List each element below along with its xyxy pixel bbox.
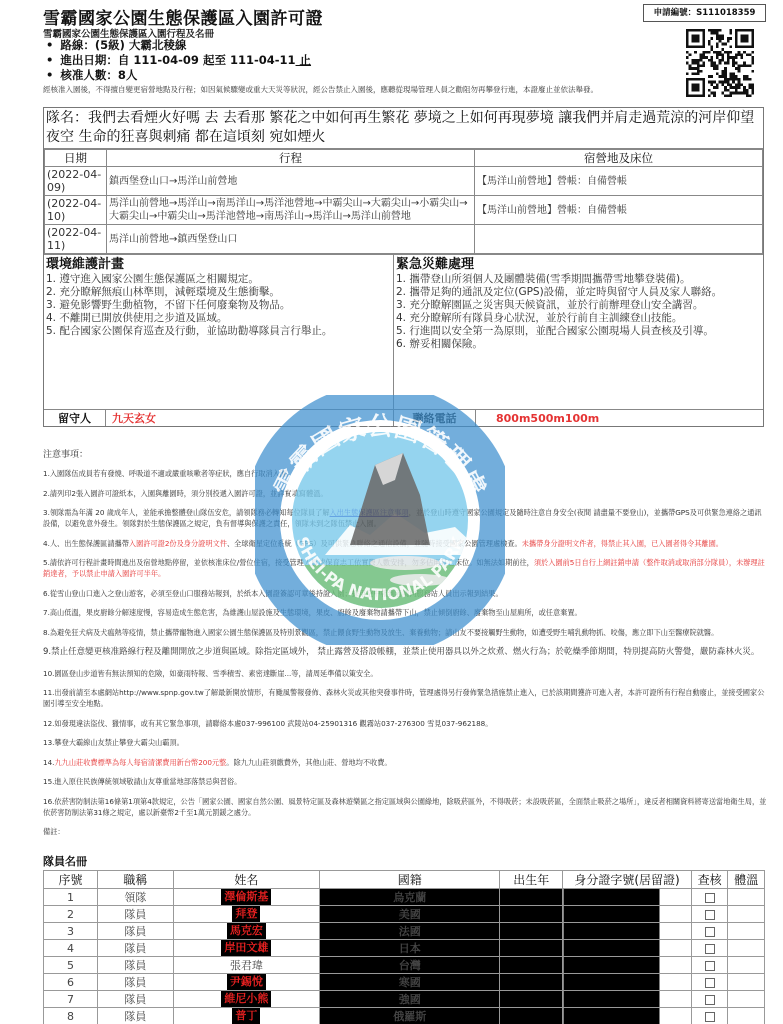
member-name: 拜登	[232, 906, 260, 922]
roster-birth-year-redacted	[500, 1008, 563, 1024]
itinerary-camp: 【馬洋山前營地】營帳：自備營帳	[475, 167, 763, 196]
date-from: 111-04-09	[133, 53, 199, 67]
roster-header: 姓名	[173, 871, 319, 889]
roster-nationality: 強國	[319, 991, 499, 1008]
itinerary-header: 行程	[107, 150, 475, 167]
roster-name: 張君瑋	[173, 957, 319, 974]
member-name: 澤倫斯基	[221, 889, 271, 905]
check-checkbox[interactable]	[705, 944, 715, 954]
roster-header: 出生年	[500, 871, 563, 889]
roster-table: 序號職稱姓名國籍出生年身分證字號(居留證)查核體溫 1領隊澤倫斯基烏克蘭2隊員拜…	[43, 870, 765, 1024]
roster-nationality: 台灣	[319, 957, 499, 974]
environment-plan-item: 1. 遵守進入國家公園生態保護區之相關規定。	[46, 273, 391, 286]
emergency-plan-title: 緊急災難處理	[396, 257, 761, 273]
roster-id-redacted	[563, 974, 692, 991]
itinerary-header: 宿營地及床位	[475, 150, 763, 167]
note-text: 九九山莊收費標準為每人每宿清潔費用新台幣200元整	[54, 758, 226, 767]
roster-temperature[interactable]	[728, 974, 765, 991]
roster-id-redacted	[563, 991, 692, 1008]
note-item: 5.請依許可行程計畫時間進出及宿營地點停留，並依核准床位/營位住宿，接受管理人員…	[43, 557, 768, 579]
roster-check	[691, 1008, 728, 1024]
roster-role: 領隊	[97, 889, 173, 906]
application-number-value: S111018359	[696, 8, 755, 18]
date-to: 111-04-11	[230, 53, 296, 67]
note-text: 6.從雪山登山口進入之登山遊客，必須至登山口服務站報到，於紙本入園證簽認可章後持…	[43, 589, 503, 598]
roster-name: 拜登	[173, 906, 319, 923]
roster-birth-year-redacted	[500, 889, 563, 906]
note-text: 1.入園隊伍成員若有發燒、呼吸道不適或嚴重咳嗽者等症狀，應自行取消入園。	[43, 469, 294, 478]
roster-id-redacted	[563, 940, 692, 957]
roster-birth-year-redacted	[500, 923, 563, 940]
roster-name: 尹錫悅	[173, 974, 319, 991]
roster-role: 隊員	[97, 906, 173, 923]
roster-role: 隊員	[97, 940, 173, 957]
roster-name: 岸田文雄	[173, 940, 319, 957]
phone-value: 800m500m100m	[476, 410, 763, 426]
roster-temperature[interactable]	[728, 991, 765, 1008]
roster-temperature[interactable]	[728, 923, 765, 940]
roster-no: 2	[44, 906, 98, 923]
note-item: 11.出發前請至本處網站http://www.spnp.gov.tw了解最新開放…	[43, 687, 768, 709]
note-item: 14.九九山莊收費標準為每人每宿清潔費用新台幣200元整。除九九山莊須繳費外，其…	[43, 757, 768, 768]
note-text: 未攜帶身分證明文件者，得禁止其入園，已入園者得令其離園。	[522, 539, 723, 548]
check-checkbox[interactable]	[705, 995, 715, 1005]
emergency-plan-item: 3. 充分瞭解園區之災害與天候資訊，並於行前辦理登山安全講習。	[396, 299, 761, 312]
check-checkbox[interactable]	[705, 910, 715, 920]
roster-temperature[interactable]	[728, 906, 765, 923]
roster-role: 隊員	[97, 923, 173, 940]
note-item: 2.請列印2張入園許可證紙本，入園與離園時，須分別投遞入園許可證，並詳實填寫體溫…	[43, 488, 768, 499]
roster-birth-year-redacted	[500, 906, 563, 923]
roster-no: 1	[44, 889, 98, 906]
notes-section: 注意事項： 1.入園隊伍成員若有發燒、呼吸道不適或嚴重咳嗽者等症狀，應自行取消入…	[43, 450, 768, 846]
contact-row: 留守人 九天玄女 聯絡電話 800m500m100m	[44, 409, 763, 426]
roster-role: 隊員	[97, 957, 173, 974]
roster-nationality: 寒國	[319, 974, 499, 991]
note-item: 12.如發現違法盜伐、獵情事，或有其它緊急事項，請聯絡本處037-996100 …	[43, 718, 768, 729]
note-text: 12.如發現違法盜伐、獵情事，或有其它緊急事項，請聯絡本處037-996100 …	[43, 719, 492, 728]
check-checkbox[interactable]	[705, 961, 715, 971]
roster-temperature[interactable]	[728, 889, 765, 906]
member-name: 維尼小熊	[221, 991, 271, 1007]
itinerary-camp: 【馬洋山前營地】營帳：自備營帳	[475, 196, 763, 225]
roster-temperature[interactable]	[728, 940, 765, 957]
note-item: 15.進入原住民族傳統領域敬請山友尊重當地部落禁忌與習俗。	[43, 776, 768, 787]
itinerary-row: (2022-04-11)馬洋山前營地→鎮西堡登山口	[45, 225, 763, 254]
roster-header: 體溫	[728, 871, 765, 889]
itinerary-table: 日期行程宿營地及床位 (2022-04-09)鎮西堡登山口→馬洋山前營地【馬洋山…	[44, 149, 763, 254]
roster-row: 8隊員普丁俄羅斯	[44, 1008, 765, 1024]
note-text: 16.依菸害防制法第16條第1項第4款規定，公告「國家公園、國家自然公園、風景特…	[43, 797, 766, 817]
itinerary-row: (2022-04-09)鎮西堡登山口→馬洋山前營地【馬洋山前營地】營帳：自備營帳	[45, 167, 763, 196]
note-text: 13.攀登大霸線山友禁止攀登大霸尖山霸頂。	[43, 738, 184, 747]
itinerary-route: 馬洋山前營地→馬洋山→南馬洋山→馬洋池營地→中霸尖山→大霸尖山→小霸尖山→大霸尖…	[107, 196, 475, 225]
note-text: 2.請列印2張入園許可證紙本，入園與離園時，須分別投遞入園許可證，並詳實填寫體溫…	[43, 489, 328, 498]
note-text: 。除九九山莊須繳費外，其他山莊、營地均不收費。	[226, 758, 391, 767]
roster-temperature[interactable]	[728, 1008, 765, 1024]
note-text: 10.園區登山步道皆有無法預知的危險，如豪雨特報、雪季積雪、素密達斷崖...等，…	[43, 669, 378, 678]
roster-role: 隊員	[97, 974, 173, 991]
roster-id-redacted	[563, 906, 692, 923]
roster-check	[691, 889, 728, 906]
itinerary-header: 日期	[45, 150, 107, 167]
roster-row: 2隊員拜登美國	[44, 906, 765, 923]
environment-plan-title: 環境維護計畫	[46, 257, 391, 273]
route-line: 路線：(5級) 大霸北稜線	[46, 38, 311, 53]
note-item: 8.為避免狂犬病及犬瘟熱等疫情，禁止攜帶寵物進入國家公園生態保護區及特別景觀區，…	[43, 627, 768, 638]
notes-link[interactable]: 入出生態保護區注意事項	[330, 508, 409, 517]
note-text: 11.出發前請至本處網站http://www.spnp.gov.tw了解最新開放…	[43, 688, 764, 708]
phone-label: 聯絡電話	[394, 410, 476, 426]
team-name: 隊名：我們去看煙火好嗎 去 去看那 繁花之中如何再生繁花 夢境之上如何再現夢境 …	[44, 108, 763, 149]
roster-birth-year-redacted	[500, 991, 563, 1008]
headcount-value: 8人	[118, 68, 138, 82]
entry-notice: 經核准入園後，不得擅自變更宿營地點及行程；如因氣候驟變或重大天災等狀況，經公告禁…	[43, 84, 673, 95]
emergency-plan-item: 2. 攜帶足夠的通訊及定位(GPS)設備，並定時與留守人員及家人聯絡。	[396, 286, 761, 299]
roster-birth-year-redacted	[500, 957, 563, 974]
note-text: 4.人、出生態保護區請攜帶	[43, 539, 129, 548]
note-item: 4.人、出生態保護區請攜帶入園許可證2份及身分證明文件、全球衛星定位系統（GPS…	[43, 538, 768, 549]
note-text: 8.為避免狂犬病及犬瘟熱等疫情，禁止攜帶寵物進入國家公園生態保護區及特別景觀區，…	[43, 628, 718, 637]
itinerary-box: 隊名：我們去看煙火好嗎 去 去看那 繁花之中如何再生繁花 夢境之上如何再現夢境 …	[43, 107, 764, 427]
roster-check	[691, 957, 728, 974]
note-text: 入園許可證2份及身分證明文件	[129, 539, 227, 548]
note-item: 3.領隊需為年滿 20 歲成年人，並能承擔整體登山隊伍安危，請領隊務必轉知每位隊…	[43, 507, 768, 529]
roster-id-redacted	[563, 1008, 692, 1024]
roster-row: 1領隊澤倫斯基烏克蘭	[44, 889, 765, 906]
member-name: 岸田文雄	[221, 940, 271, 956]
note-text: 備註：	[43, 827, 65, 836]
member-name: 馬克宏	[227, 923, 266, 939]
note-item: 9.禁止任意變更核准路線行程及離開開放之步道與區域。除指定區域外， 禁止露營及搭…	[43, 646, 768, 659]
roster-row: 3隊員馬克宏法國	[44, 923, 765, 940]
check-checkbox[interactable]	[705, 893, 715, 903]
itinerary-row: (2022-04-10)馬洋山前營地→馬洋山→南馬洋山→馬洋池營地→中霸尖山→大…	[45, 196, 763, 225]
roster-birth-year-redacted	[500, 974, 563, 991]
roster-header: 職稱	[97, 871, 173, 889]
roster-nationality: 日本	[319, 940, 499, 957]
notes-heading: 注意事項：	[43, 450, 768, 461]
environment-plan-item: 4. 不離開已開放供使用之步道及區域。	[46, 312, 391, 325]
note-item: 6.從雪山登山口進入之登山遊客，必須至登山口服務站報到，於紙本入園證簽認可章後持…	[43, 588, 768, 599]
roster-temperature[interactable]	[728, 957, 765, 974]
roster-header: 序號	[44, 871, 98, 889]
roster-name: 普丁	[173, 1008, 319, 1024]
roster-no: 5	[44, 957, 98, 974]
note-text: 14.	[43, 758, 54, 767]
environment-plan-item: 2. 充分瞭解無痕山林準則，減輕環境及生態衝擊。	[46, 286, 391, 299]
roster-nationality: 俄羅斯	[319, 1008, 499, 1024]
roster-id-redacted	[563, 957, 692, 974]
check-checkbox[interactable]	[705, 927, 715, 937]
note-text: 7.高山低溫，果皮廚餘分解速度慢，容易造成生態危害，為維護山屋設施及生態環境，果…	[43, 608, 582, 617]
roster-id-redacted	[563, 923, 692, 940]
roster-nationality: 烏克蘭	[319, 889, 499, 906]
standby-value: 九天玄女	[106, 410, 394, 426]
roster-row: 7隊員維尼小熊強國	[44, 991, 765, 1008]
roster-check	[691, 906, 728, 923]
environment-plan: 環境維護計畫 1. 遵守進入國家公園生態保護區之相關規定。2. 充分瞭解無痕山林…	[44, 255, 394, 409]
roster-check	[691, 991, 728, 1008]
check-checkbox[interactable]	[705, 978, 715, 988]
note-text: 3.領隊需為年滿 20 歲成年人，並能承擔整體登山隊伍安危，請領隊務必轉知每位隊…	[43, 508, 330, 517]
check-checkbox[interactable]	[705, 1012, 715, 1022]
roster-birth-year-redacted	[500, 940, 563, 957]
roster-no: 4	[44, 940, 98, 957]
note-text: 15.進入原住民族傳統領域敬請山友尊重當地部落禁忌與習俗。	[43, 777, 241, 786]
qr-code-icon	[676, 29, 764, 97]
route-value: (5級) 大霸北稜線	[95, 38, 187, 52]
roster-check	[691, 923, 728, 940]
roster-check	[691, 940, 728, 957]
itinerary-date: (2022-04-10)	[45, 196, 107, 225]
roster-no: 6	[44, 974, 98, 991]
itinerary-route: 馬洋山前營地→鎮西堡登山口	[107, 225, 475, 254]
roster-name: 澤倫斯基	[173, 889, 319, 906]
headcount-line: 核准人數：8人	[46, 68, 311, 83]
roster-role: 隊員	[97, 1008, 173, 1024]
roster-no: 8	[44, 1008, 98, 1024]
note-item: 10.園區登山步道皆有無法預知的危險，如豪雨特報、雪季積雪、素密達斷崖...等，…	[43, 668, 768, 679]
note-item: 備註：	[43, 826, 768, 837]
roster-nationality: 法國	[319, 923, 499, 940]
dates-line: 進出日期：自 111-04-09 起至 111-04-11 止	[46, 53, 311, 68]
roster-row: 5隊員張君瑋台灣	[44, 957, 765, 974]
itinerary-route: 鎮西堡登山口→馬洋山前營地	[107, 167, 475, 196]
itinerary-camp	[475, 225, 763, 254]
environment-plan-item: 5. 配合國家公園保育巡查及行動，並協助勸導隊員言行舉止。	[46, 325, 391, 338]
application-number: 申請編號：S111018359	[643, 4, 766, 22]
note-item: 7.高山低溫，果皮廚餘分解速度慢，容易造成生態危害，為維護山屋設施及生態環境，果…	[43, 607, 768, 618]
roster-no: 7	[44, 991, 98, 1008]
member-name: 普丁	[232, 1008, 260, 1024]
roster-check	[691, 974, 728, 991]
roster-no: 3	[44, 923, 98, 940]
member-name: 尹錫悅	[227, 974, 266, 990]
emergency-plan-item: 4. 充分瞭解所有隊員身心狀況，並於行前自主訓練登山技能。	[396, 312, 761, 325]
application-number-label: 申請編號：	[654, 8, 697, 18]
standby-label: 留守人	[44, 410, 106, 426]
roster-nationality: 美國	[319, 906, 499, 923]
roster-name: 維尼小熊	[173, 991, 319, 1008]
roster-header: 身分證字號(居留證)	[563, 871, 692, 889]
emergency-plan: 緊急災難處理 1. 攜帶登山所須個人及團體裝備(雪季期間攜帶雪地攀登裝備)。2.…	[394, 255, 763, 409]
permit-page: 雪霸國家公園生態保護區入園許可證 雪霸國家公園生態保護區入園行程及名冊 申請編號…	[0, 0, 783, 1024]
itinerary-date: (2022-04-11)	[45, 225, 107, 254]
roster-title: 隊員名冊	[43, 853, 87, 869]
roster-row: 4隊員岸田文雄日本	[44, 940, 765, 957]
note-item: 16.依菸害防制法第16條第1項第4款規定，公告「國家公園、國家自然公園、風景特…	[43, 796, 768, 818]
emergency-plan-item: 6. 辦妥相關保險。	[396, 338, 761, 351]
roster-role: 隊員	[97, 991, 173, 1008]
note-text: 9.禁止任意變更核准路線行程及離開開放之步道與區域。除指定區域外， 禁止露營及搭…	[43, 647, 759, 657]
roster-header: 查核	[691, 871, 728, 889]
roster-row: 6隊員尹錫悅寒國	[44, 974, 765, 991]
roster-id-redacted	[563, 889, 692, 906]
note-item: 13.攀登大霸線山友禁止攀登大霸尖山霸頂。	[43, 737, 768, 748]
environment-plan-item: 3. 避免影響野生動植物，不留下任何廢棄物及物品。	[46, 299, 391, 312]
note-text: 、全球衛星定位系統（GPS）及可供緊急聯絡之通信設備，並隨時接受國家公園管理處檢…	[227, 539, 522, 548]
roster-name: 馬克宏	[173, 923, 319, 940]
member-name: 張君瑋	[230, 959, 263, 972]
plans-section: 環境維護計畫 1. 遵守進入國家公園生態保護區之相關規定。2. 充分瞭解無痕山林…	[44, 254, 763, 409]
team-name-value: 我們去看煙火好嗎 去 去看那 繁花之中如何再生繁花 夢境之上如何再現夢境 讓我們…	[46, 110, 754, 145]
permit-summary: 路線：(5級) 大霸北稜線 進出日期：自 111-04-09 起至 111-04…	[46, 38, 311, 83]
emergency-plan-item: 1. 攜帶登山所須個人及團體裝備(雪季期間攜帶雪地攀登裝備)。	[396, 273, 761, 286]
emergency-plan-item: 5. 行進間以安全第一為原則，並配合國家公園現場人員查核及引導。	[396, 325, 761, 338]
roster-header: 國籍	[319, 871, 499, 889]
note-text: 5.請依許可行程計畫時間進出及宿營地點停留，並依核准床位/營位住宿，接受管理人員…	[43, 558, 534, 567]
itinerary-date: (2022-04-09)	[45, 167, 107, 196]
note-item: 1.入園隊伍成員若有發燒、呼吸道不適或嚴重咳嗽者等症狀，應自行取消入園。	[43, 468, 768, 479]
